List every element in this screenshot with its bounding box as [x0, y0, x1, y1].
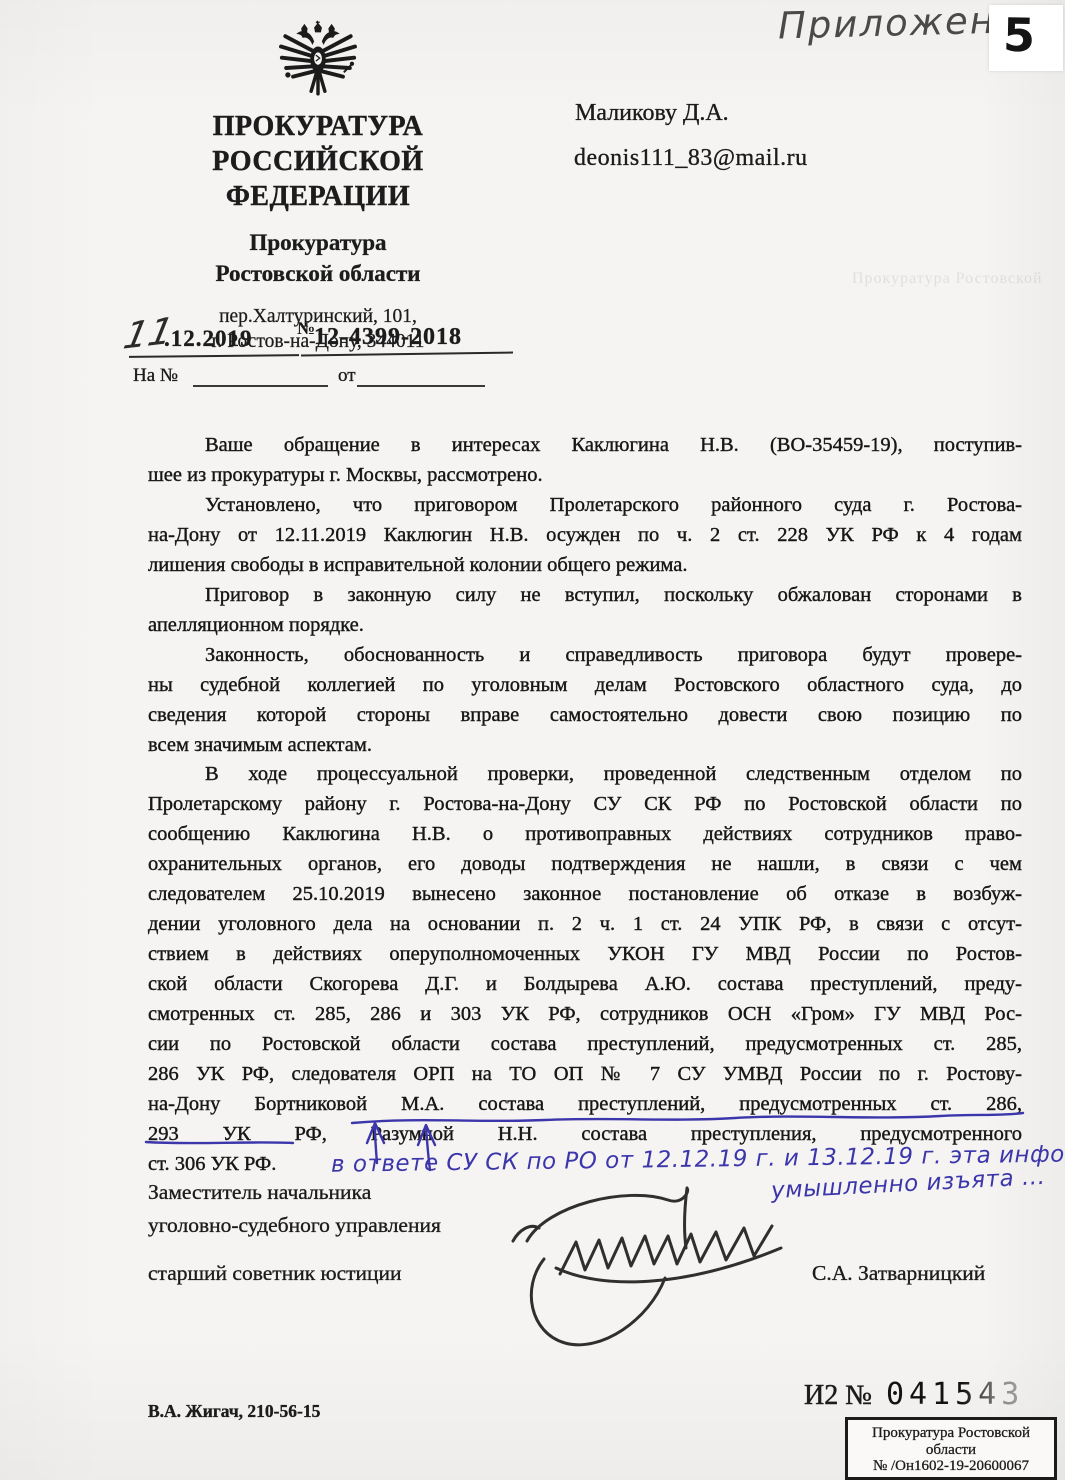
org-name-line1: ПРОКУРАТУРА	[123, 109, 513, 144]
body-line: ны судебной коллегией по уголовным делам…	[148, 671, 1022, 701]
body-line: на-Дону Бортниковой М.А. состава преступ…	[148, 1090, 1022, 1120]
reply-date-blank	[357, 385, 485, 387]
body-line: смотренных ст. 285, 286 и 303 УК РФ, сот…	[148, 1000, 1022, 1030]
registration-stamp: И2 №041543	[804, 1377, 1024, 1412]
registration-box-line1: Прокуратура Ростовской	[848, 1425, 1054, 1442]
signer-rank: старший советник юстиции	[148, 1261, 402, 1286]
body-line: сии по Ростовской области состава престу…	[148, 1030, 1022, 1060]
org-name-line2: РОССИЙСКОЙ ФЕДЕРАЦИИ	[123, 144, 513, 214]
reply-number-blank	[193, 385, 328, 387]
body-line: Приговор в законную силу не вступил, пос…	[148, 581, 1022, 611]
body-line: ствием в действиях оперуполномоченных УК…	[148, 940, 1022, 970]
registration-box-line2: области	[848, 1442, 1054, 1459]
stamp-prefix: И2 №	[804, 1380, 872, 1411]
date-underline	[129, 354, 299, 358]
body-line: на-Дону от 12.11.2019 Каклюгин Н.В. осуж…	[148, 521, 1022, 551]
body-line: сообщению Каклюгина Н.В. о противоправны…	[148, 820, 1022, 850]
body-line: 286 УК РФ, следователя ОРП на ТО ОП № 7 …	[148, 1060, 1022, 1090]
body-line: шее из прокуратуры г. Москвы, рассмотрен…	[148, 461, 1022, 491]
body-line: ской области Скогорева Д.Г. и Болдырева …	[148, 970, 1022, 1000]
org-subdivision-line1: Прокуратура	[123, 227, 513, 258]
body-line: Установлено, что приговором Пролетарског…	[148, 491, 1022, 521]
addressee-name: Маликову Д.А.	[575, 100, 729, 127]
body-line: Пролетарскому району г. Ростова-на-Дону …	[148, 790, 1022, 820]
reply-from-label: от	[338, 365, 356, 387]
body-line: Законность, обоснованность и справедливо…	[148, 641, 1022, 671]
body-line: всем значимым аспектам.	[148, 731, 1022, 761]
body-line: апелляционном порядке.	[148, 611, 1022, 641]
body-line: следователем 25.10.2019 вынесено законно…	[148, 880, 1022, 910]
body-line: лишения свободы в исправительной колонии…	[148, 551, 1022, 581]
bleed-through-text: Прокуратура Ростовской	[852, 270, 1043, 288]
body-line: В ходе процессуальной проверки, проведен…	[148, 760, 1022, 790]
body-line: Ваше обращение в интересах Каклюгина Н.В…	[148, 431, 1022, 461]
letterhead: ПРОКУРАТУРА РОССИЙСКОЙ ФЕДЕРАЦИИ Прокура…	[123, 20, 513, 354]
signer-name: С.А. Затварницкий	[812, 1261, 985, 1286]
stamp-number: 041543	[886, 1377, 1024, 1412]
registration-box: Прокуратура Ростовской области № /Он1602…	[845, 1417, 1057, 1480]
body-text: Ваше обращение в интересах Каклюгина Н.В…	[148, 431, 1022, 1180]
number-sign: №	[297, 318, 315, 339]
reply-to-label: На №	[133, 365, 178, 387]
executor-line: В.А. Жигач, 210-56-15	[148, 1401, 320, 1422]
coat-of-arms-icon	[275, 91, 361, 108]
outgoing-number: 12-4399-2018	[314, 324, 462, 351]
registration-box-line3: № /Он1602-19-20600067	[848, 1458, 1054, 1475]
org-subdivision-line2: Ростовской области	[123, 258, 513, 289]
body-line: дении уголовного дела на основании п. 2 …	[148, 910, 1022, 940]
outgoing-date: .12.2019	[164, 326, 253, 352]
body-line: охранительных органов, его доводы подтве…	[148, 850, 1022, 880]
body-line: сведения которой стороны вправе самостоя…	[148, 701, 1022, 731]
signer-title-line2: уголовно-судебного управления	[148, 1213, 441, 1238]
attachment-number: 5	[1003, 8, 1036, 63]
signer-title-line1: Заместитель начальника	[148, 1180, 371, 1205]
scanned-letter-page: Прокуратура Ростовской Приложение 5	[0, 0, 1065, 1480]
addressee-email: deonis111_83@mail.ru	[574, 145, 808, 172]
